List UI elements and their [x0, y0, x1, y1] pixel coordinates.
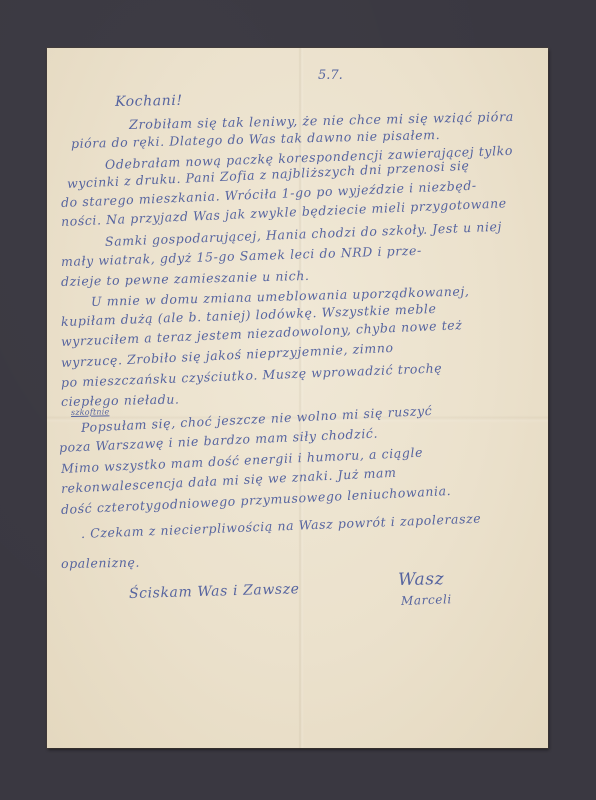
letter-date: 5.7. [318, 68, 343, 83]
letter-paper: 5.7. Kochani! Zrobiłam się tak leniwy, ż… [47, 48, 548, 748]
letter-line: opaleniznę. [61, 555, 140, 571]
letter-closing: Ściskam Was i Zawsze [129, 581, 300, 602]
letter-line: . Czekam z niecierpliwością na Wasz powr… [81, 511, 482, 541]
letter-line: ciepłego nieładu. [61, 392, 180, 409]
letter-insertion: szkoftnie [71, 407, 110, 417]
letter-closing-wasz: Wasz [398, 569, 445, 590]
letter-line: dzieje to pewne zamieszanie u nich. [61, 268, 310, 289]
scan-background: 5.7. Kochani! Zrobiłam się tak leniwy, ż… [0, 0, 596, 800]
letter-signature: Marceli [401, 592, 452, 608]
letter-greeting: Kochani! [115, 93, 183, 110]
